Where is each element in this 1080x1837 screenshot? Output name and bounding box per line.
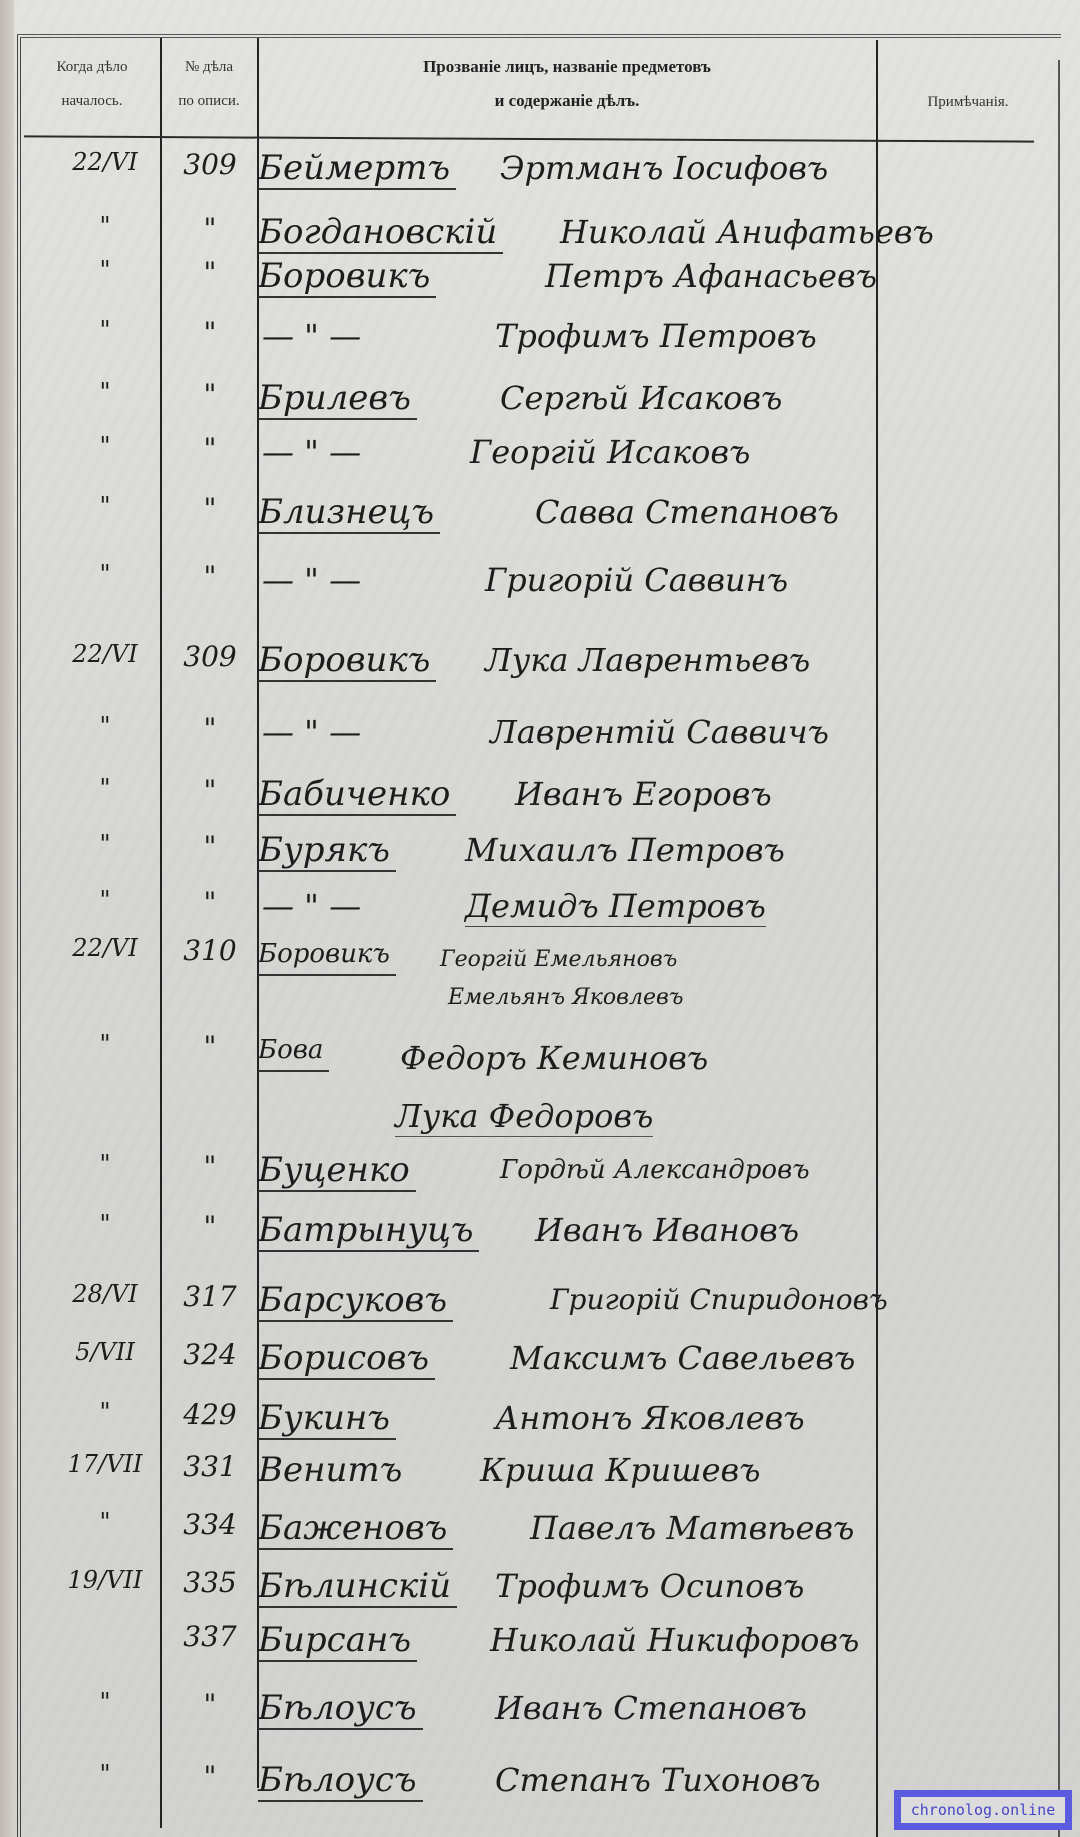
row-given: Георгій Емельяновъ [440, 940, 677, 980]
row-date: " [50, 1398, 160, 1426]
row-surname: Венитъ [258, 1450, 408, 1490]
row-number: " [160, 1210, 260, 1243]
header-names-line1: Прозваніе лицъ, названіе предметовъ [259, 50, 875, 84]
row-number: 317 [160, 1280, 260, 1313]
row-date: " [50, 432, 160, 460]
row-given: Николай Анифатьевъ [560, 212, 934, 252]
row-given: Михаилъ Петровъ [465, 830, 785, 870]
ledger-page: Когда дѣло началось. № дѣла по описи. Пр… [0, 0, 1080, 1837]
row-surname: Буценко [258, 1150, 416, 1192]
row-surname: Бова [258, 1030, 329, 1072]
row-number: " [160, 560, 260, 593]
row-date: 22/VI [50, 934, 160, 962]
row-surname: Барсуковъ [258, 1280, 453, 1322]
row-number: 324 [160, 1338, 260, 1371]
row-ditto: — " — [262, 712, 361, 752]
row-given: Николай Никифоровъ [490, 1620, 859, 1660]
row-surname: Бабиченко [258, 774, 456, 816]
row-number: " [160, 212, 260, 245]
row-date: " [50, 1688, 160, 1716]
row-date: 19/VII [50, 1566, 160, 1594]
row-number: 309 [160, 640, 260, 673]
header-date: Когда дѣло началось. [24, 50, 160, 118]
row-ditto: — " — [262, 560, 361, 600]
row-given: Лаврентій Саввичъ [490, 712, 829, 752]
row-surname: Боровикъ [258, 256, 436, 298]
row-date: " [50, 316, 160, 344]
row-surname: Беймертъ [258, 148, 456, 190]
row-number: 334 [160, 1508, 260, 1541]
header-number-line1: № дѣла [162, 50, 256, 84]
row-number: " [160, 432, 260, 465]
row-surname: Богдановскій [258, 212, 503, 254]
row-date: " [50, 774, 160, 802]
row-date: 22/VI [50, 148, 160, 176]
row-number: " [160, 712, 260, 745]
table-frame-right [1058, 60, 1060, 1837]
header-number-line2: по описи. [162, 84, 256, 118]
row-number: " [160, 1150, 260, 1183]
col-divider-notes [876, 40, 878, 1837]
row-given: Федоръ Кеминовъ [400, 1038, 708, 1078]
row-date: " [50, 1210, 160, 1238]
row-given: Трофимъ Петровъ [495, 316, 817, 356]
row-given: Трофимъ Осиповъ [495, 1566, 804, 1606]
row-date: 22/VI [50, 640, 160, 668]
row-date: 17/VII [50, 1450, 160, 1478]
row-surname: Брилевъ [258, 378, 417, 420]
header-names-line2: и содержаніе дѣлъ. [259, 84, 875, 118]
header-notes-label: Примѣчанія. [878, 85, 1058, 119]
row-surname: Бирсанъ [258, 1620, 417, 1662]
header-number: № дѣла по описи. [162, 50, 256, 118]
row-given: Савва Степановъ [535, 492, 839, 532]
row-number: " [160, 774, 260, 807]
row-date: " [50, 830, 160, 858]
row-number: " [160, 492, 260, 525]
row-date: " [50, 1150, 160, 1178]
row-surname: Бѣлоусъ [258, 1688, 423, 1730]
row-ditto: — " — [262, 316, 361, 356]
row-date: " [50, 212, 160, 240]
row-surname: Баженовъ [258, 1508, 453, 1550]
row-surname: Бѣлинскій [258, 1566, 457, 1608]
row-ditto: — " — [262, 432, 361, 472]
col-divider-date [160, 38, 162, 1828]
row-given: Григорій Спиридоновъ [550, 1280, 888, 1320]
row-given: Григорій Саввинъ [485, 560, 788, 600]
row-number: " [160, 886, 260, 919]
row-number: " [160, 256, 260, 289]
row-given-secondary: Емельянъ Яковлевъ [448, 978, 683, 1018]
watermark-text: chronolog.online [901, 1797, 1066, 1823]
watermark-badge: chronolog.online [894, 1790, 1072, 1830]
row-given: Георгій Исаковъ [470, 432, 750, 472]
row-date: " [50, 712, 160, 740]
row-surname: Букинъ [258, 1398, 396, 1440]
row-surname: Близнецъ [258, 492, 440, 534]
row-given: Сергѣй Исаковъ [500, 378, 782, 418]
row-surname: Боровикъ [258, 934, 396, 976]
row-surname: Бурякъ [258, 830, 396, 872]
row-number: 310 [160, 934, 260, 967]
row-given: Демидъ Петровъ [465, 886, 766, 927]
header-names: Прозваніе лицъ, названіе предметовъ и со… [259, 50, 875, 118]
row-date: " [50, 886, 160, 914]
row-given: Иванъ Егоровъ [515, 774, 772, 814]
row-date: " [50, 1508, 160, 1536]
row-number: 337 [160, 1620, 260, 1653]
row-number: 429 [160, 1398, 260, 1431]
header-date-line1: Когда дѣло [24, 50, 160, 84]
row-number: " [160, 1030, 260, 1063]
row-surname: Бѣлоусъ [258, 1760, 423, 1802]
row-given: Гордѣй Александровъ [500, 1150, 810, 1190]
row-number: 331 [160, 1450, 260, 1483]
row-date: 5/VII [50, 1338, 160, 1366]
row-given: Павелъ Матвѣевъ [530, 1508, 854, 1548]
row-date: " [50, 560, 160, 588]
row-number: 335 [160, 1566, 260, 1599]
row-given: Иванъ Степановъ [495, 1688, 807, 1728]
row-number: " [160, 830, 260, 863]
row-given: Кришa Кришевъ [480, 1450, 760, 1490]
row-date: " [50, 378, 160, 406]
row-number: " [160, 1760, 260, 1793]
row-date: " [50, 256, 160, 284]
header-notes: Примѣчанія. [878, 85, 1058, 119]
row-ditto: — " — [262, 886, 361, 926]
row-given: Максимъ Савельевъ [510, 1338, 855, 1378]
row-given: Степанъ Тихоновъ [495, 1760, 821, 1800]
row-surname: Батрынуцъ [258, 1210, 479, 1252]
row-number: " [160, 316, 260, 349]
row-surname: Борисовъ [258, 1338, 435, 1380]
row-given: Лука Лаврентьевъ [485, 640, 810, 680]
row-number: 309 [160, 148, 260, 181]
row-number: " [160, 378, 260, 411]
row-given: Петръ Афанасьевъ [545, 256, 877, 296]
row-date: " [50, 1030, 160, 1058]
page-edge [0, 0, 14, 1837]
row-date: " [50, 492, 160, 520]
row-given: Эртманъ Іосифовъ [500, 148, 828, 188]
row-given: Антонъ Яковлевъ [495, 1398, 805, 1438]
row-date: 28/VI [50, 1280, 160, 1308]
row-surname: Боровикъ [258, 640, 436, 682]
row-number: " [160, 1688, 260, 1721]
row-given: Иванъ Ивановъ [535, 1210, 799, 1250]
header-date-line2: началось. [24, 84, 160, 118]
row-date: " [50, 1760, 160, 1788]
row-given-secondary: Лука Федоровъ [395, 1096, 653, 1137]
